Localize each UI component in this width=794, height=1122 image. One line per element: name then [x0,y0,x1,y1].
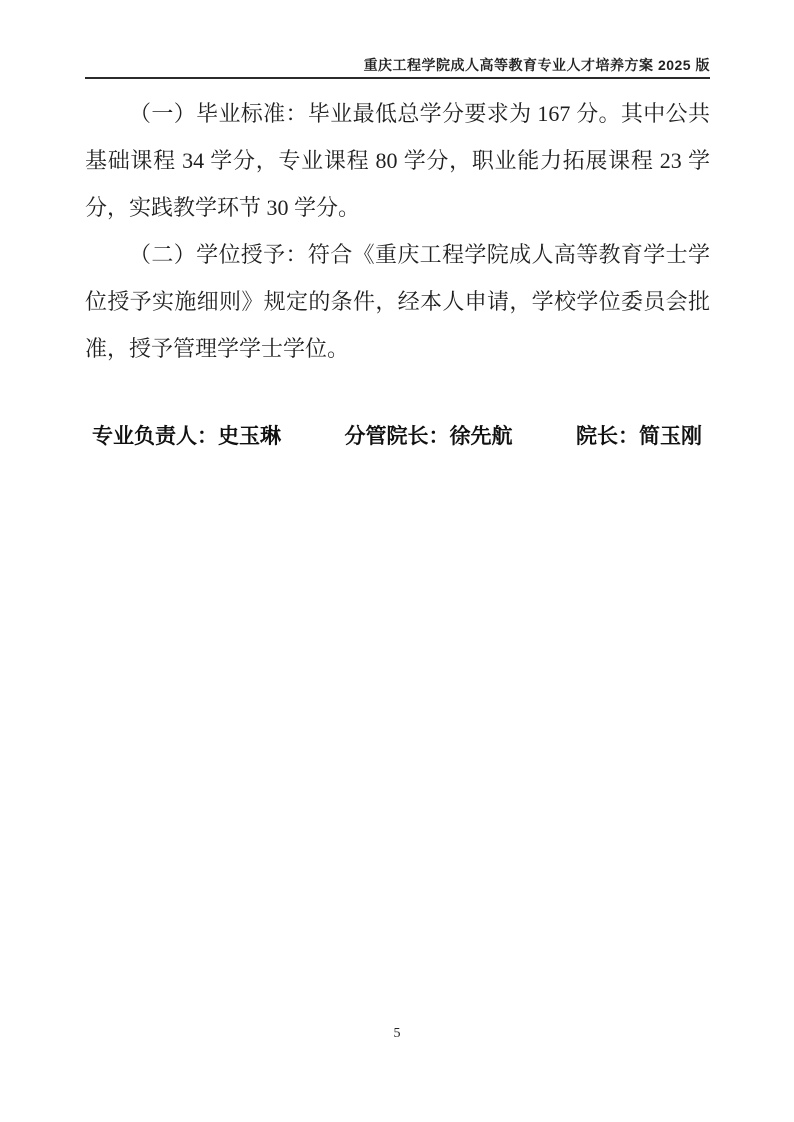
running-header: 重庆工程学院成人高等教育专业人才培养方案 2025 版 [85,0,710,79]
paragraph-degree-award: （二）学位授予：符合《重庆工程学院成人高等教育学士学位授予实施细则》规定的条件，… [85,231,710,372]
signature-row: 专业负责人：史玉琳 分管院长：徐先航 院长：简玉刚 [85,421,710,451]
document-body: （一）毕业标准：毕业最低总学分要求为 167 分。其中公共基础课程 34 学分，… [85,90,710,451]
page-number: 5 [394,1026,401,1041]
signature-dean: 院长：简玉刚 [576,421,702,451]
signature-program-leader: 专业负责人：史玉琳 [92,421,281,451]
page-footer: 5 [0,1024,794,1042]
content-area: 重庆工程学院成人高等教育专业人才培养方案 2025 版 （一）毕业标准：毕业最低… [85,0,710,451]
signature-deputy-dean: 分管院长：徐先航 [345,421,513,451]
document-page: 重庆工程学院成人高等教育专业人才培养方案 2025 版 （一）毕业标准：毕业最低… [0,0,794,1122]
header-title: 重庆工程学院成人高等教育专业人才培养方案 2025 版 [85,56,710,74]
paragraph-graduation-standard: （一）毕业标准：毕业最低总学分要求为 167 分。其中公共基础课程 34 学分，… [85,90,710,231]
